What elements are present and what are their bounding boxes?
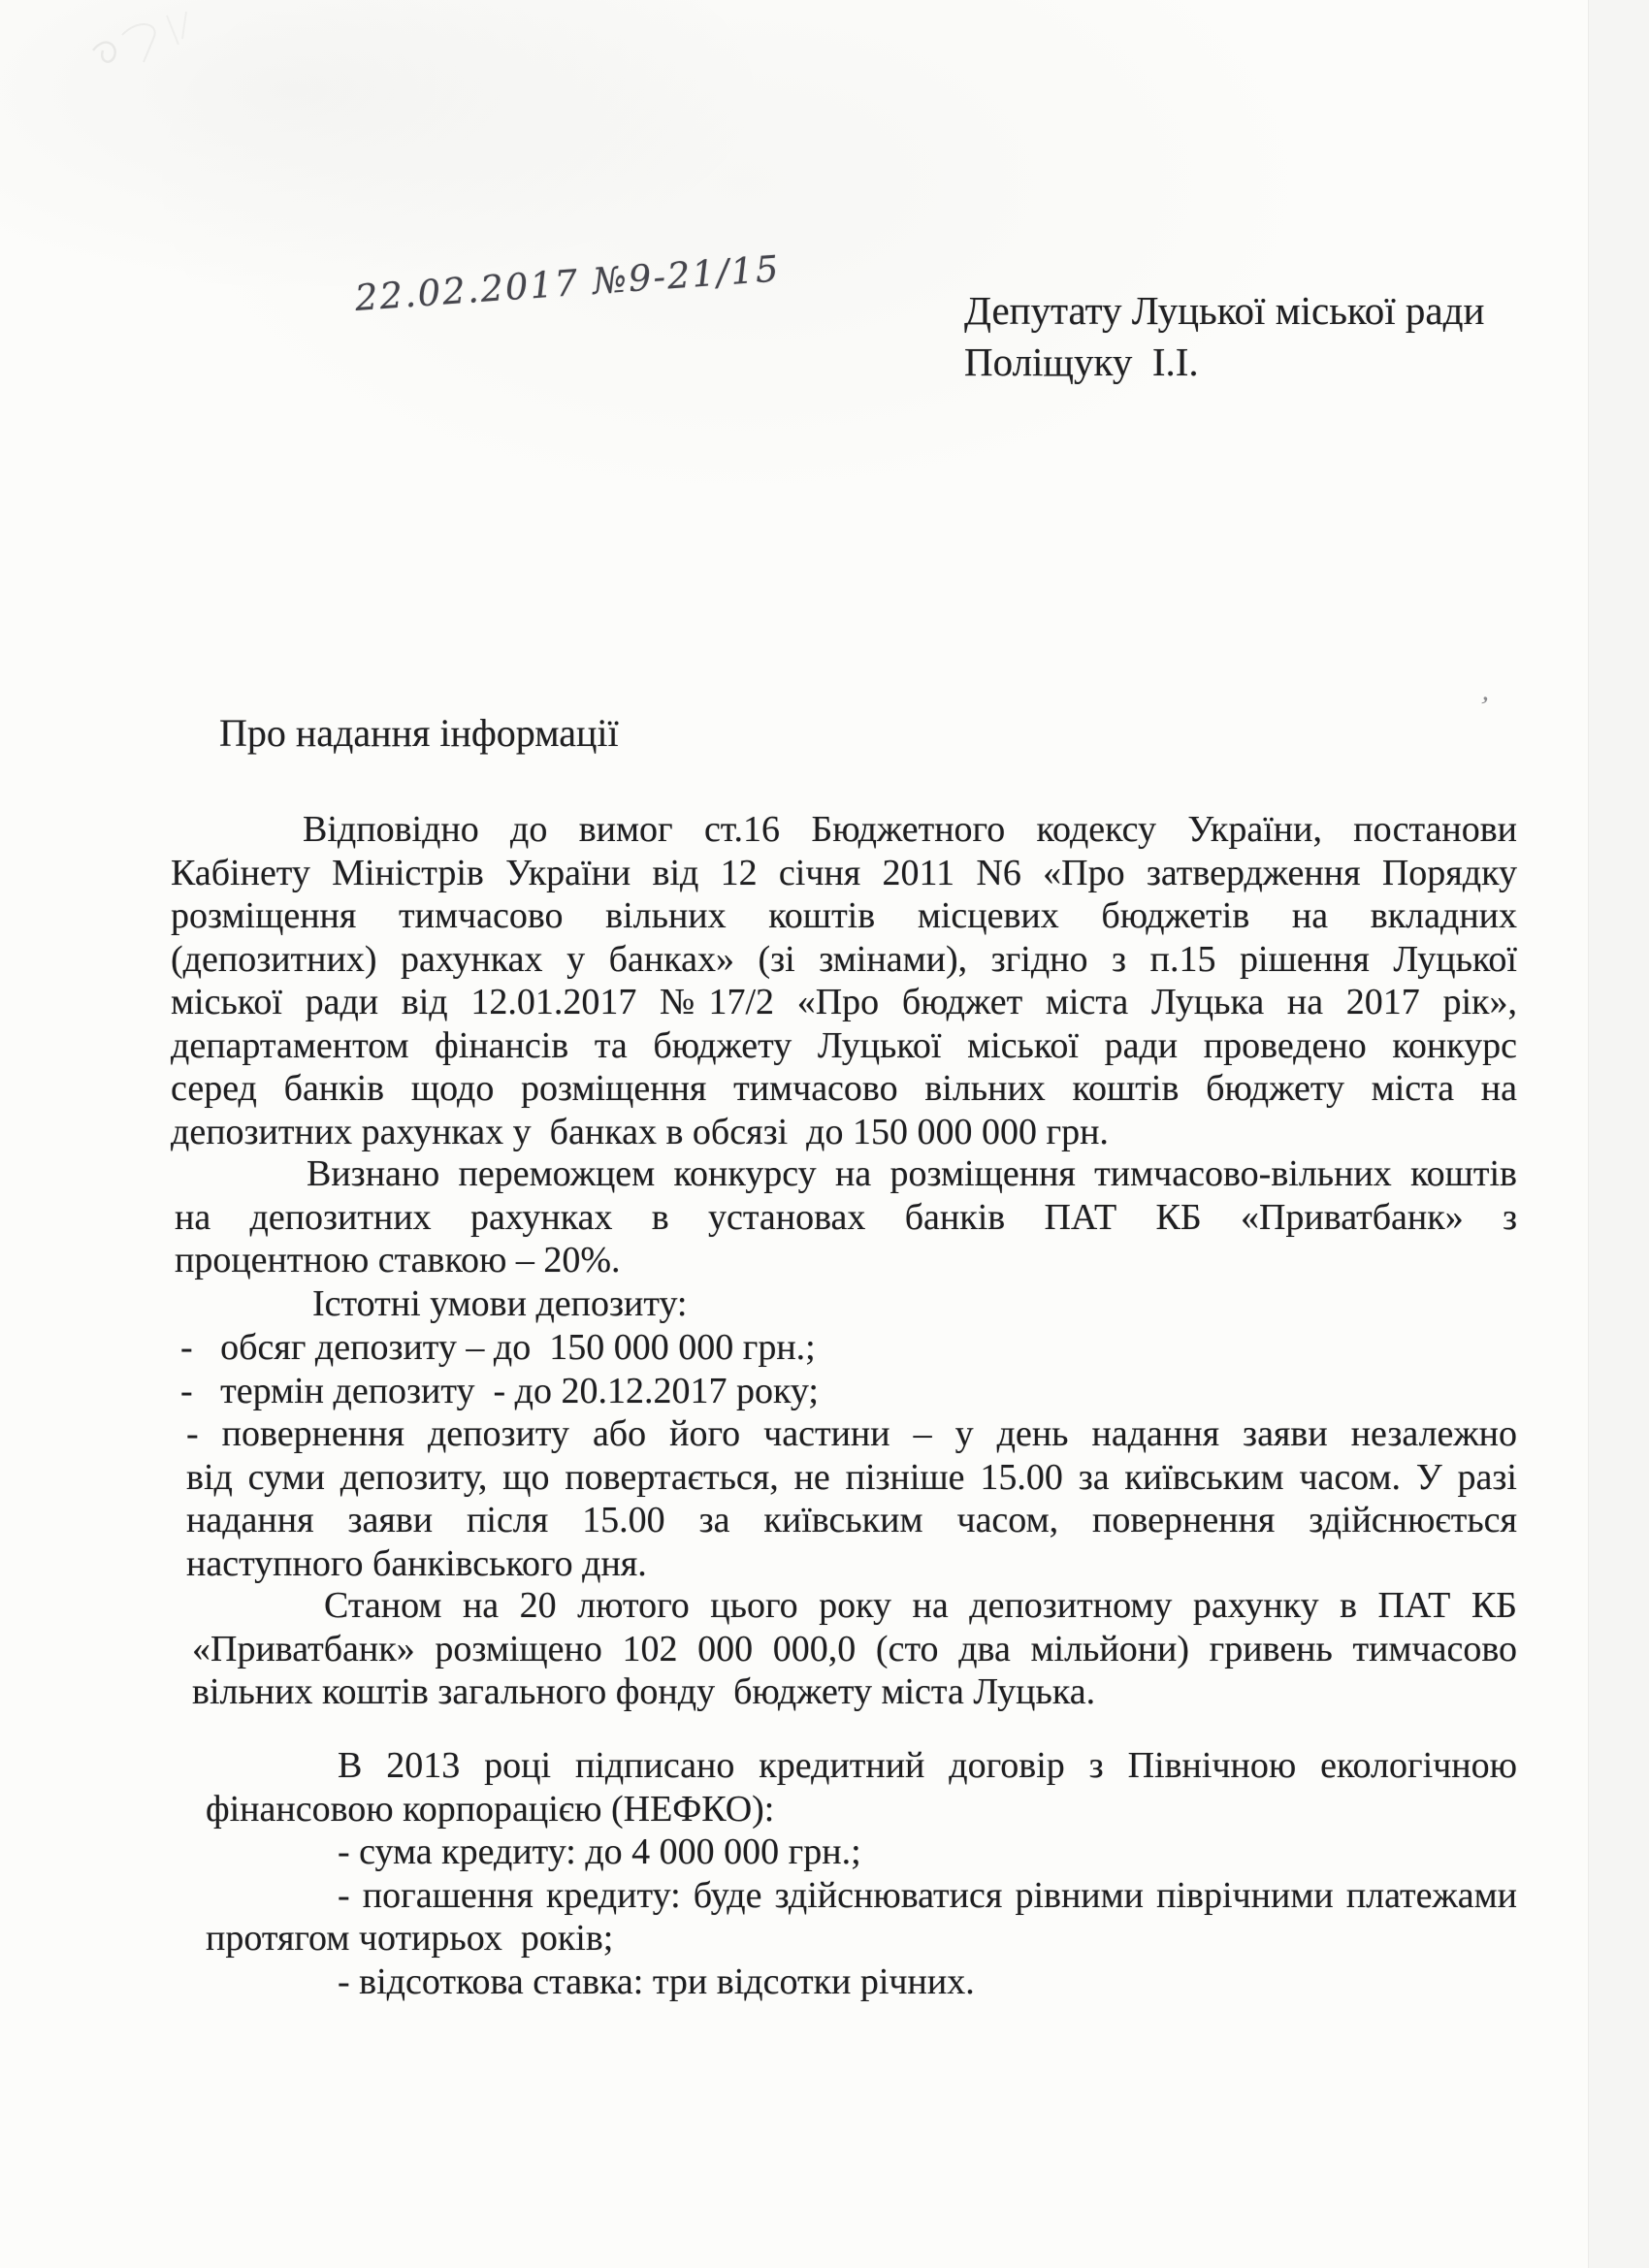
- paragraph-line: процентною ставкою – 20%.: [175, 1239, 1517, 1282]
- paragraph-line: фінансовою корпорацією (НЕФКО):: [206, 1788, 1517, 1831]
- paragraph-line: Станом на 20 лютого цього року на депози…: [192, 1584, 1517, 1628]
- document-page: 22.02.2017 №9-21/15 Депутату Луцької міс…: [0, 0, 1649, 2268]
- paragraph-nefco-credit: В 2013 році підписано кредитний договір …: [206, 1744, 1517, 2003]
- list-item-line: - обсяг депозиту – до 150 000 000 грн.;: [180, 1326, 1517, 1370]
- term-item-volume: - обсяг депозиту – до 150 000 000 грн.;: [180, 1326, 1517, 1370]
- stray-ink-mark: ’: [1474, 690, 1492, 724]
- terms-heading: Істотні умови депозиту:: [180, 1282, 1517, 1326]
- paragraph-line: Відповідно до вимог ст.16 Бюджетного код…: [171, 808, 1517, 852]
- paragraph-deposit-status: Станом на 20 лютого цього року на депози…: [192, 1584, 1517, 1714]
- paragraph-line: депозитних рахунках у банках в обсязі до…: [171, 1111, 1517, 1154]
- list-item-line: протягом чотирьох років;: [206, 1917, 1517, 1960]
- list-item-line: від суми депозиту, що повертається, не п…: [186, 1456, 1517, 1500]
- list-item-line: наступного банківського дня.: [186, 1542, 1517, 1586]
- term-item-duration: - термін депозиту - до 20.12.2017 року;: [180, 1370, 1517, 1413]
- paragraph-winner: Визнано переможцем конкурсу на розміщенн…: [175, 1152, 1517, 1282]
- recipient-title: Депутату Луцької міської ради: [964, 285, 1484, 337]
- paragraph-line: Кабінету Міністрів України від 12 січня …: [171, 852, 1517, 895]
- recipient-block: Депутату Луцької міської ради Поліщуку І…: [964, 285, 1484, 388]
- paragraph-line: на депозитних рахунках в установах банкі…: [175, 1196, 1517, 1240]
- list-item-line: - сума кредиту: до 4 000 000 грн.;: [206, 1831, 1517, 1874]
- list-item-line: - повернення депозиту або його частини –…: [186, 1412, 1517, 1456]
- scanner-edge-band: [1588, 0, 1649, 2268]
- paragraph-legal-basis: Відповідно до вимог ст.16 Бюджетного код…: [171, 808, 1517, 1153]
- recipient-name: Поліщуку І.І.: [964, 337, 1484, 388]
- term-item-return: - повернення депозиту або його частини –…: [186, 1412, 1517, 1585]
- list-item-line: надання заяви після 15.00 за київським ч…: [186, 1499, 1517, 1542]
- paragraph-line: вільних коштів загального фонду бюджету …: [192, 1670, 1517, 1714]
- paragraph-line: (депозитних) рахунках у банках» (зі змін…: [171, 938, 1517, 982]
- handwritten-ref-number: 22.02.2017 №9-21/15: [354, 252, 725, 319]
- paragraph-line: серед банків щодо розміщення тимчасово в…: [171, 1067, 1517, 1111]
- paragraph-line: міської ради від 12.01.2017 №17/2 «Про б…: [171, 981, 1517, 1024]
- paragraph-line: «Приватбанк» розміщено 102 000 000,0 (ст…: [192, 1628, 1517, 1671]
- paragraph-line: В 2013 році підписано кредитний договір …: [206, 1744, 1517, 1788]
- paragraph-line: Істотні умови депозиту:: [180, 1282, 1517, 1326]
- list-item-line: - термін депозиту - до 20.12.2017 року;: [180, 1370, 1517, 1413]
- list-item-line: - відсоткова ставка: три відсотки річних…: [206, 1960, 1517, 2004]
- list-item-line: - погашення кредиту: буде здійснюватися …: [206, 1874, 1517, 1918]
- subject-line: Про надання інформації: [219, 710, 619, 756]
- paragraph-line: розміщення тимчасово вільних коштів місц…: [171, 894, 1517, 938]
- pencil-smudge: [85, 6, 231, 113]
- paragraph-line: департаментом фінансів та бюджету Луцько…: [171, 1024, 1517, 1068]
- paragraph-line: Визнано переможцем конкурсу на розміщенн…: [175, 1152, 1517, 1196]
